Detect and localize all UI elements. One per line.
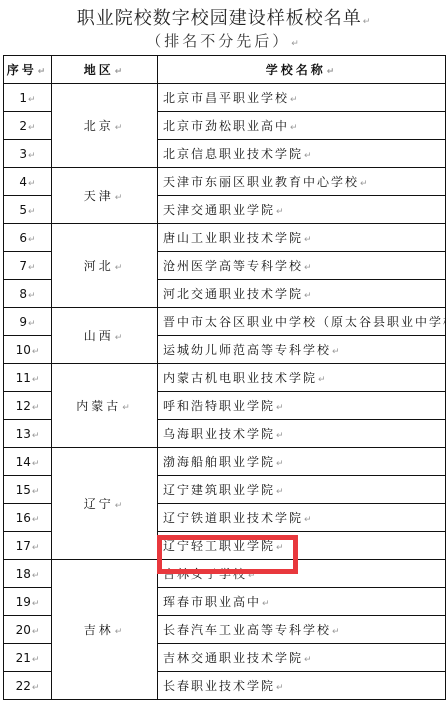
school-cell: 呼和浩特职业学院↵ (158, 392, 446, 420)
paragraph-mark-icon: ↵ (32, 543, 40, 553)
school-cell: 晋中市太谷区职业中学校（原太谷县职业中学校）↵ (158, 308, 446, 336)
row-number-cell: 2↵ (4, 112, 52, 140)
row-number: 22 (16, 679, 31, 693)
header-no: 序号↵ (4, 56, 52, 84)
school-cell: 天津交通职业学院↵ (158, 196, 446, 224)
row-number: 3 (19, 147, 27, 161)
row-number: 2 (19, 119, 27, 133)
row-number: 1 (19, 91, 27, 105)
paragraph-mark-icon: ↵ (332, 627, 342, 637)
paragraph-mark-icon: ↵ (304, 291, 314, 301)
paragraph-mark-icon: ↵ (115, 193, 126, 203)
row-number-cell: 16↵ (4, 504, 52, 532)
paragraph-mark-icon: ↵ (28, 95, 36, 105)
paragraph-mark-icon: ↵ (115, 501, 126, 511)
paragraph-mark-icon: ↵ (363, 17, 372, 27)
region-name: 天津 (84, 189, 114, 203)
row-number-cell: 11↵ (4, 364, 52, 392)
document-title: 职业院校数字校园建设样板校名单↵ (0, 4, 448, 30)
paragraph-mark-icon: ↵ (32, 375, 40, 385)
paragraph-mark-icon: ↵ (304, 515, 314, 525)
region-name: 北京 (84, 119, 114, 133)
row-number-cell: 12↵ (4, 392, 52, 420)
school-cell: 吉林女子学校↵ (158, 560, 446, 588)
row-number-cell: 6↵ (4, 224, 52, 252)
row-number: 6 (19, 231, 27, 245)
region-cell: 天津↵ (52, 168, 158, 224)
header-school: 学校名称↵ (158, 56, 446, 84)
school-name: 辽宁轻工职业学院 (163, 539, 275, 553)
row-number: 17 (16, 539, 31, 553)
row-number-cell: 7↵ (4, 252, 52, 280)
paragraph-mark-icon: ↵ (28, 123, 36, 133)
paragraph-mark-icon: ↵ (276, 487, 286, 497)
school-name: 北京市劲松职业高中 (163, 119, 289, 133)
row-number: 11 (16, 371, 31, 385)
row-number-cell: 10↵ (4, 336, 52, 364)
row-number-cell: 19↵ (4, 588, 52, 616)
region-name: 辽宁 (84, 497, 114, 511)
paragraph-mark-icon: ↵ (304, 151, 314, 161)
paragraph-mark-icon: ↵ (276, 403, 286, 413)
school-cell: 辽宁铁道职业技术学院↵ (158, 504, 446, 532)
document-subtitle-text: （排名不分先后） (146, 32, 290, 50)
paragraph-mark-icon: ↵ (304, 235, 314, 245)
paragraph-mark-icon: ↵ (32, 655, 40, 665)
row-number-cell: 13↵ (4, 420, 52, 448)
school-cell: 长春职业技术学院↵ (158, 672, 446, 700)
school-name: 渤海船舶职业学院 (163, 455, 275, 469)
row-number: 16 (16, 511, 31, 525)
row-number: 21 (16, 651, 31, 665)
row-number-cell: 3↵ (4, 140, 52, 168)
school-name: 沧州医学高等专科学校 (163, 259, 303, 273)
school-name: 晋中市太谷区职业中学校（原太谷县职业中学校） (163, 315, 446, 329)
paragraph-mark-icon: ↵ (32, 459, 40, 469)
row-number-cell: 14↵ (4, 448, 52, 476)
row-number-cell: 20↵ (4, 616, 52, 644)
row-number-cell: 18↵ (4, 560, 52, 588)
row-number: 18 (16, 567, 31, 581)
row-number-cell: 17↵ (4, 532, 52, 560)
paragraph-mark-icon: ↵ (32, 347, 40, 357)
school-cell: 天津市东丽区职业教育中心学校↵ (158, 168, 446, 196)
school-name: 运城幼儿师范高等专科学校 (163, 343, 331, 357)
paragraph-mark-icon: ↵ (28, 151, 36, 161)
row-number: 4 (19, 175, 27, 189)
paragraph-mark-icon: ↵ (32, 683, 40, 693)
row-number: 20 (16, 623, 31, 637)
school-cell: 北京市劲松职业高中↵ (158, 112, 446, 140)
school-name: 辽宁铁道职业技术学院 (163, 511, 303, 525)
paragraph-mark-icon: ↵ (32, 403, 40, 413)
school-name: 唐山工业职业技术学院 (163, 231, 303, 245)
paragraph-mark-icon: ↵ (28, 207, 36, 217)
table-row: 6↵河北↵唐山工业职业技术学院↵ (4, 224, 446, 252)
table-row: 18↵吉林↵吉林女子学校↵ (4, 560, 446, 588)
school-name: 乌海职业技术学院 (163, 427, 275, 441)
paragraph-mark-icon: ↵ (276, 431, 286, 441)
paragraph-mark-icon: ↵ (276, 683, 286, 693)
paragraph-mark-icon: ↵ (115, 333, 126, 343)
paragraph-mark-icon: ↵ (360, 179, 370, 189)
paragraph-mark-icon: ↵ (32, 627, 40, 637)
school-cell: 吉林交通职业技术学院↵ (158, 644, 446, 672)
region-name: 内蒙古 (76, 399, 121, 413)
row-number: 15 (16, 483, 31, 497)
paragraph-mark-icon: ↵ (115, 123, 126, 133)
paragraph-mark-icon: ↵ (32, 599, 40, 609)
school-cell: 辽宁建筑职业学院↵ (158, 476, 446, 504)
paragraph-mark-icon: ↵ (38, 67, 49, 77)
school-cell: 北京信息职业技术学院↵ (158, 140, 446, 168)
paragraph-mark-icon: ↵ (28, 319, 36, 329)
paragraph-mark-icon: ↵ (290, 95, 300, 105)
region-name: 河北 (84, 259, 114, 273)
school-cell: 北京市昌平职业学校↵ (158, 84, 446, 112)
row-number-cell: 4↵ (4, 168, 52, 196)
paragraph-mark-icon: ↵ (262, 599, 272, 609)
paragraph-mark-icon: ↵ (276, 459, 286, 469)
region-cell: 吉林↵ (52, 560, 158, 700)
table-body: 1↵北京↵北京市昌平职业学校↵2↵北京市劲松职业高中↵3↵北京信息职业技术学院↵… (4, 84, 446, 700)
row-number-cell: 9↵ (4, 308, 52, 336)
row-number: 19 (16, 595, 31, 609)
school-name: 内蒙古机电职业技术学院 (163, 371, 317, 385)
header-region: 地区↵ (52, 56, 158, 84)
table-row: 1↵北京↵北京市昌平职业学校↵ (4, 84, 446, 112)
paragraph-mark-icon: ↵ (32, 431, 40, 441)
row-number: 10 (16, 343, 31, 357)
school-name: 长春汽车工业高等专科学校 (163, 623, 331, 637)
row-number: 5 (19, 203, 27, 217)
school-cell: 长春汽车工业高等专科学校↵ (158, 616, 446, 644)
school-cell: 沧州医学高等专科学校↵ (158, 252, 446, 280)
row-number: 14 (16, 455, 31, 469)
paragraph-mark-icon: ↵ (291, 39, 302, 49)
region-cell: 北京↵ (52, 84, 158, 168)
row-number-cell: 1↵ (4, 84, 52, 112)
paragraph-mark-icon: ↵ (318, 375, 328, 385)
paragraph-mark-icon: ↵ (28, 235, 36, 245)
table-header-row: 序号↵ 地区↵ 学校名称↵ (4, 56, 446, 84)
paragraph-mark-icon: ↵ (276, 207, 286, 217)
school-name: 吉林女子学校 (163, 567, 247, 581)
paragraph-mark-icon: ↵ (327, 67, 338, 77)
paragraph-mark-icon: ↵ (28, 263, 36, 273)
row-number: 9 (19, 315, 27, 329)
region-cell: 辽宁↵ (52, 448, 158, 560)
paragraph-mark-icon: ↵ (115, 263, 126, 273)
row-number-cell: 15↵ (4, 476, 52, 504)
school-name: 天津交通职业学院 (163, 203, 275, 217)
school-cell: 运城幼儿师范高等专科学校↵ (158, 336, 446, 364)
school-cell-highlighted: 辽宁轻工职业学院↵ (158, 532, 446, 560)
school-cell: 珲春市职业高中↵ (158, 588, 446, 616)
paragraph-mark-icon: ↵ (28, 291, 36, 301)
region-cell: 山西↵ (52, 308, 158, 364)
region-cell: 内蒙古↵ (52, 364, 158, 448)
row-number: 7 (19, 259, 27, 273)
school-name: 北京信息职业技术学院 (163, 147, 303, 161)
school-name: 天津市东丽区职业教育中心学校 (163, 175, 359, 189)
region-cell: 河北↵ (52, 224, 158, 308)
row-number: 12 (16, 399, 31, 413)
school-cell: 乌海职业技术学院↵ (158, 420, 446, 448)
document-title-text: 职业院校数字校园建设样板校名单 (77, 8, 362, 29)
school-cell: 渤海船舶职业学院↵ (158, 448, 446, 476)
paragraph-mark-icon: ↵ (304, 263, 314, 273)
school-name: 吉林交通职业技术学院 (163, 651, 303, 665)
school-list-table: 序号↵ 地区↵ 学校名称↵ 1↵北京↵北京市昌平职业学校↵2↵北京市劲松职业高中… (3, 55, 446, 700)
paragraph-mark-icon: ↵ (115, 67, 126, 77)
table-row: 11↵内蒙古↵内蒙古机电职业技术学院↵ (4, 364, 446, 392)
table-row: 4↵天津↵天津市东丽区职业教育中心学校↵ (4, 168, 446, 196)
school-name: 呼和浩特职业学院 (163, 399, 275, 413)
paragraph-mark-icon: ↵ (332, 347, 342, 357)
row-number-cell: 21↵ (4, 644, 52, 672)
school-name: 长春职业技术学院 (163, 679, 275, 693)
school-name: 辽宁建筑职业学院 (163, 483, 275, 497)
paragraph-mark-icon: ↵ (32, 571, 40, 581)
paragraph-mark-icon: ↵ (122, 403, 133, 413)
paragraph-mark-icon: ↵ (32, 515, 40, 525)
school-name: 河北交通职业技术学院 (163, 287, 303, 301)
school-name: 北京市昌平职业学校 (163, 91, 289, 105)
region-name: 山西 (84, 329, 114, 343)
paragraph-mark-icon: ↵ (32, 487, 40, 497)
document-subtitle: （排名不分先后）↵ (0, 30, 448, 51)
school-cell: 内蒙古机电职业技术学院↵ (158, 364, 446, 392)
table-row: 14↵辽宁↵渤海船舶职业学院↵ (4, 448, 446, 476)
paragraph-mark-icon: ↵ (248, 571, 258, 581)
paragraph-mark-icon: ↵ (276, 543, 286, 553)
row-number-cell: 5↵ (4, 196, 52, 224)
school-cell: 唐山工业职业技术学院↵ (158, 224, 446, 252)
school-name: 珲春市职业高中 (163, 595, 261, 609)
table-row: 9↵山西↵晋中市太谷区职业中学校（原太谷县职业中学校）↵ (4, 308, 446, 336)
school-cell: 河北交通职业技术学院↵ (158, 280, 446, 308)
paragraph-mark-icon: ↵ (290, 123, 300, 133)
region-name: 吉林 (84, 623, 114, 637)
paragraph-mark-icon: ↵ (115, 627, 126, 637)
paragraph-mark-icon: ↵ (304, 655, 314, 665)
row-number-cell: 22↵ (4, 672, 52, 700)
paragraph-mark-icon: ↵ (28, 179, 36, 189)
row-number: 13 (16, 427, 31, 441)
row-number-cell: 8↵ (4, 280, 52, 308)
row-number: 8 (19, 287, 27, 301)
